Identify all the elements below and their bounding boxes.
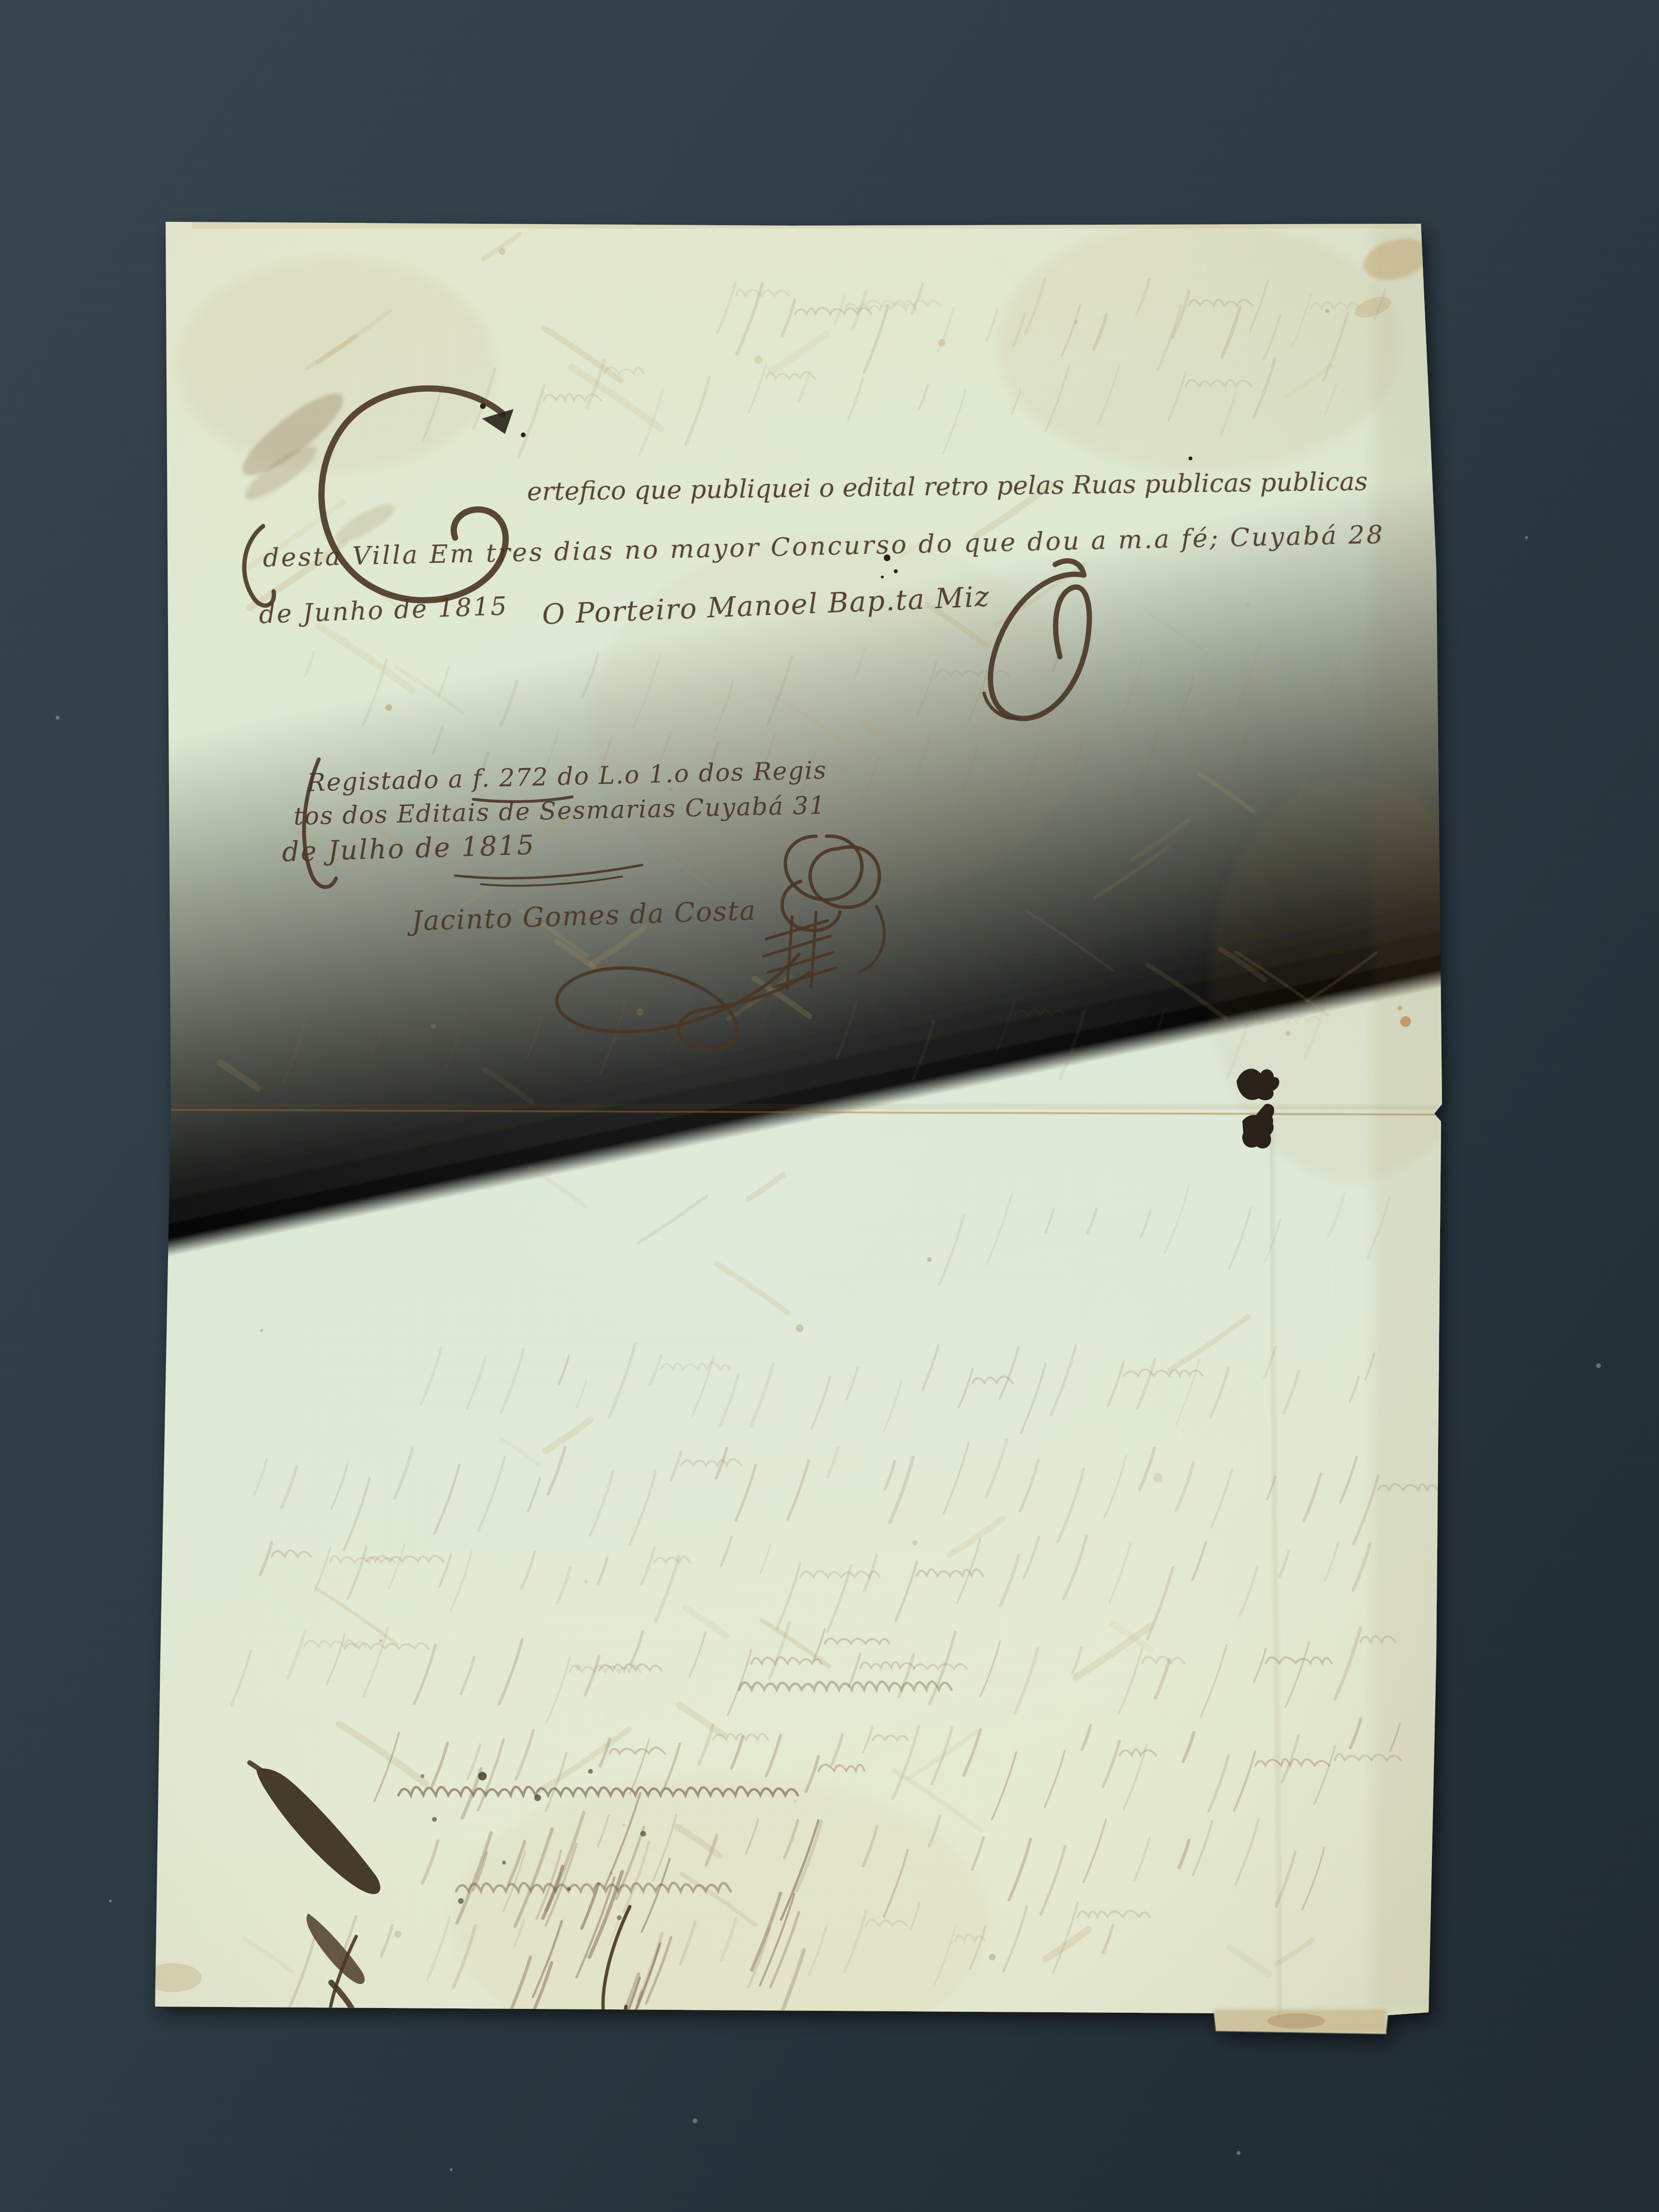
photo-stage: ertefico que publiquei o edital retro pe… (0, 0, 1659, 2212)
manuscript-photo: ertefico que publiquei o edital retro pe… (0, 0, 1659, 2212)
ink-blot-upper (1237, 1069, 1279, 1100)
